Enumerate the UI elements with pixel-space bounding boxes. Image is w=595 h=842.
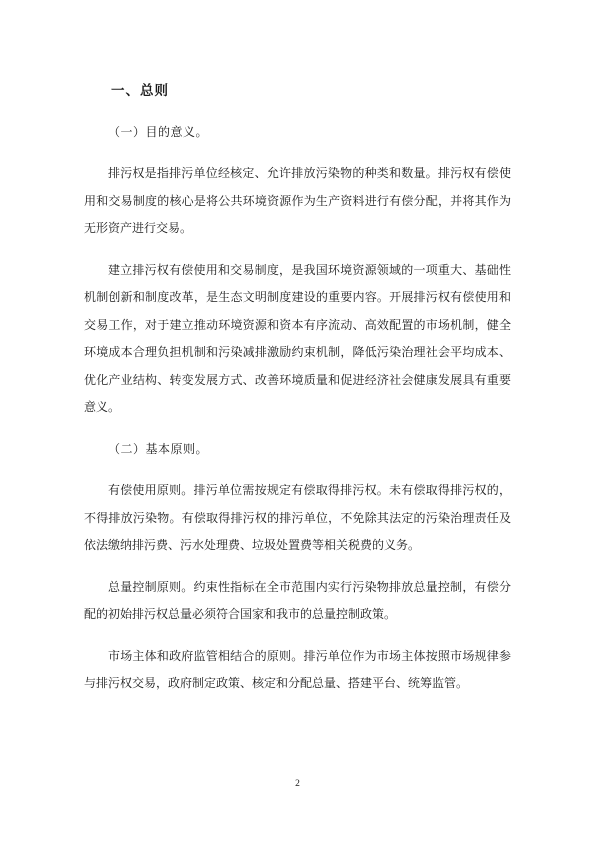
subheading: （一）目的意义。 — [84, 119, 511, 147]
paragraph: 排污权是指排污单位经核定、允许排放污染物的种类和数量。排污权有偿使用和交易制度的… — [84, 160, 511, 243]
paragraph: 有偿使用原则。排污单位需按规定有偿取得排污权。未有偿取得排污权的，不得排放污染物… — [84, 477, 511, 560]
paragraph: 市场主体和政府监管相结合的原则。排污单位作为市场主体按照市场规律参与排污权交易，… — [84, 643, 511, 698]
paragraph: 建立排污权有偿使用和交易制度，是我国环境资源领域的一项重大、基础性机制创新和制度… — [84, 257, 511, 422]
document-page: 一、总则 （一）目的意义。排污权是指排污单位经核定、允许排放污染物的种类和数量。… — [0, 0, 595, 842]
section-heading: 一、总则 — [84, 77, 511, 105]
document-body: （一）目的意义。排污权是指排污单位经核定、允许排放污染物的种类和数量。排污权有偿… — [84, 119, 511, 698]
page-number: 2 — [0, 778, 595, 790]
paragraph: 总量控制原则。约束性指标在全市范围内实行污染物排放总量控制，有偿分配的初始排污权… — [84, 574, 511, 629]
subheading: （二）基本原则。 — [84, 436, 511, 464]
